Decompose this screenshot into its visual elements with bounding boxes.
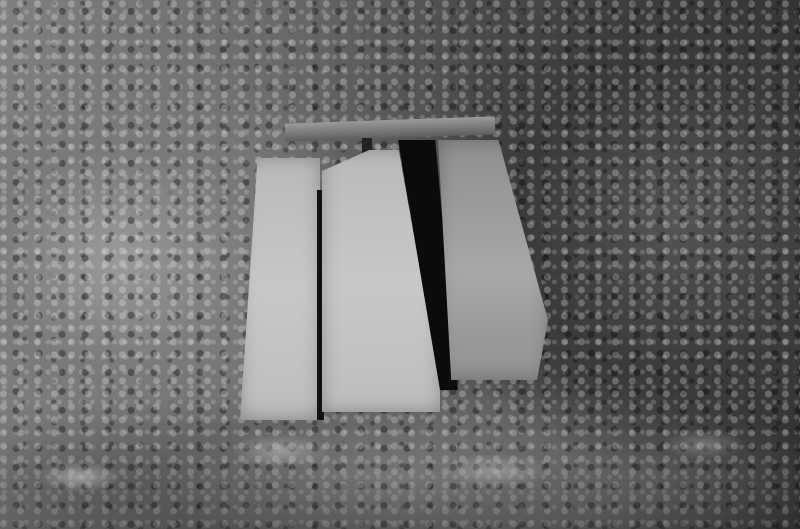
- foreground-plants: [0, 399, 800, 529]
- photograph: [0, 0, 800, 529]
